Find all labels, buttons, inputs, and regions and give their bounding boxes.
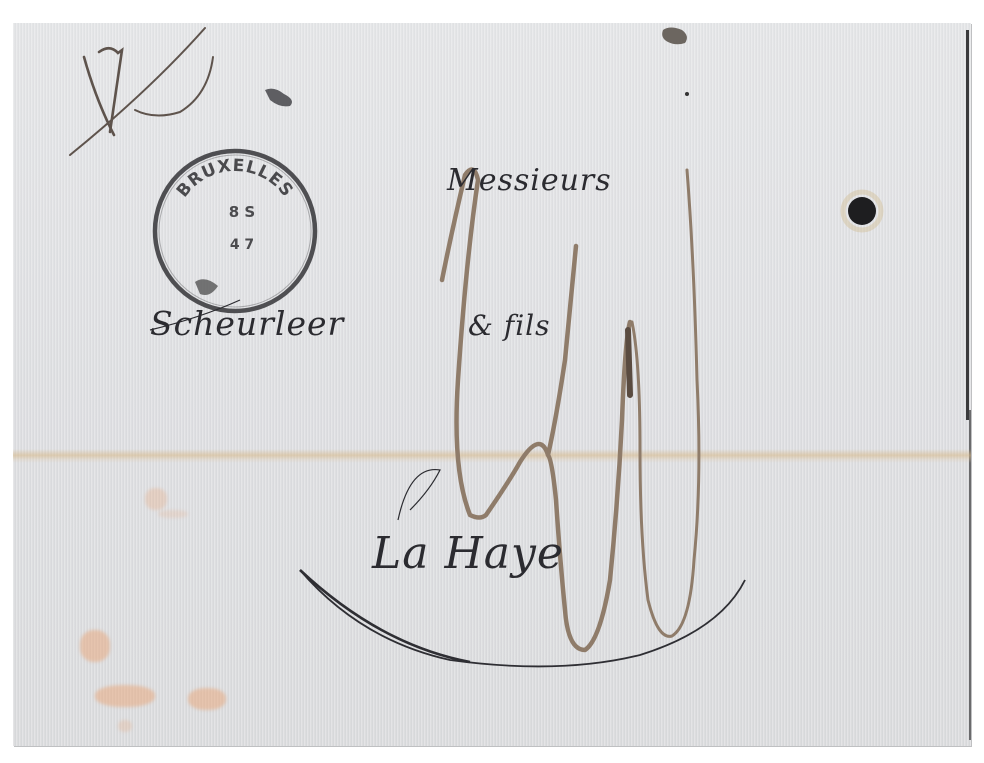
address-name-suffix: & fils	[468, 309, 550, 342]
ink-marks-layer: BRUXELLES	[0, 0, 984, 763]
address-name: Scheurleer	[150, 304, 344, 343]
ink-blot	[662, 28, 687, 45]
manuscript-rate-mark	[70, 28, 213, 155]
address-salutation: Messieurs	[447, 163, 612, 198]
punch-hole	[848, 197, 876, 225]
postmark: BRUXELLES	[155, 151, 315, 311]
ink-dot	[685, 92, 689, 96]
postmark-day: 8 S	[212, 203, 272, 221]
postmark-date: 4 7	[212, 237, 272, 253]
address-city: La Haye	[372, 528, 564, 579]
ink-blot	[265, 89, 292, 107]
address-flourish	[300, 570, 745, 666]
